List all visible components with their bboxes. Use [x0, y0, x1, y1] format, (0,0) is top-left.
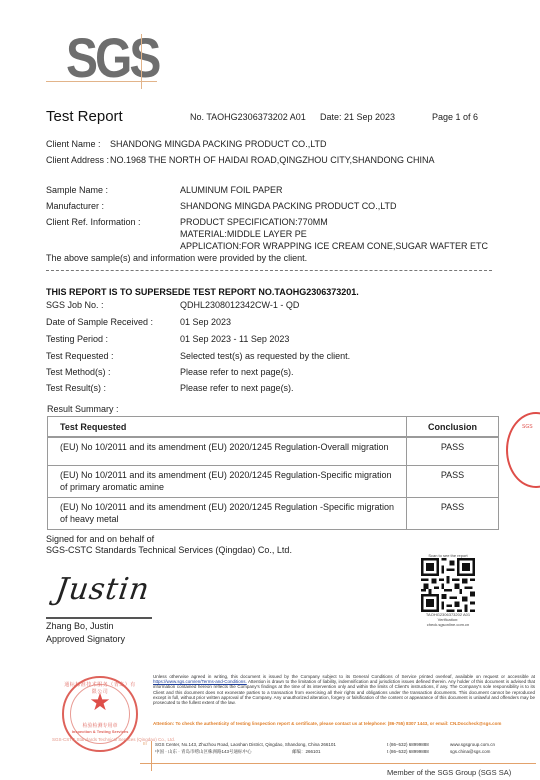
star-icon: ★	[64, 691, 136, 715]
website-link[interactable]: www.sgsgroup.com.cn	[450, 742, 495, 747]
report-date: Date: 21 Sep 2023	[320, 112, 395, 122]
member-of-sgs-group: Member of the SGS Group (SGS SA)	[387, 768, 511, 777]
client-ref-line: MATERIAL:MIDDLE LAYER PE	[180, 229, 307, 239]
detail-value: 01 Sep 2023	[180, 317, 231, 327]
client-address-label: Client Address :	[46, 155, 109, 165]
telephone-2: t (86–532) 68999888	[387, 749, 429, 754]
side-seal-text: SGS	[522, 424, 534, 431]
detail-label: Test Requested :	[46, 351, 114, 361]
result-summary-table: Test Requested Conclusion (EU) No 10/201…	[47, 416, 499, 530]
client-name-value: SHANDONG MINGDA PACKING PRODUCT CO.,LTD	[110, 139, 327, 149]
legal-disclaimer: Unless otherwise agreed in writing, this…	[153, 674, 535, 705]
logo-vertical-rule	[141, 34, 142, 89]
table-row: (EU) No 10/2011 and its amendment (EU) 2…	[48, 497, 499, 529]
report-number: No. TAOHG2306373202 A01	[190, 112, 306, 122]
footer-vertical-rule	[151, 741, 152, 771]
test-requested-cell: (EU) No 10/2011 and its amendment (EU) 2…	[48, 437, 407, 465]
signer-name: Zhang Bo, Justin	[46, 621, 114, 631]
result-summary-label: Result Summary :	[47, 404, 119, 414]
detail-label: Test Result(s) :	[46, 383, 106, 393]
signed-behalf-line2: SGS-CSTC Standards Technical Services (Q…	[46, 545, 292, 555]
detail-value: Please refer to next page(s).	[180, 383, 294, 393]
stamp-en-text: Inspection & Testing Services	[64, 729, 136, 734]
detail-label: Date of Sample Received :	[46, 317, 153, 327]
signed-behalf-line1: Signed for and on behalf of	[46, 534, 154, 544]
email-link[interactable]: sgs.china@sgs.com	[450, 749, 490, 754]
detail-value: QDHL2308012342CW-1 - QD	[180, 300, 299, 310]
table-row: (EU) No 10/2011 and its amendment (EU) 2…	[48, 437, 499, 465]
client-ref-label: Client Ref. Information :	[46, 217, 141, 227]
detail-label: Test Method(s) :	[46, 367, 111, 377]
footer-mark: III	[143, 741, 147, 746]
conclusion-cell: PASS	[407, 465, 499, 497]
handwritten-signature: Justin	[54, 572, 153, 607]
conclusion-cell: PASS	[407, 437, 499, 465]
detail-value: Please refer to next page(s).	[180, 367, 294, 377]
detail-value: 01 Sep 2023 - 11 Sep 2023	[180, 334, 289, 344]
address-en: SGS Center, No.143, Zhuzhou Road, Laosha…	[155, 742, 336, 747]
client-address-value: NO.1968 THE NORTH OF HAIDAI ROAD,QINGZHO…	[110, 155, 435, 165]
sgs-logo-text: SGS	[66, 32, 158, 87]
qr-verification-site: check.sgsonline.com.cn	[418, 622, 478, 627]
telephone-1: t (86–532) 68999888	[387, 742, 429, 747]
authenticity-attention: Attention: To check the authenticity of …	[153, 721, 535, 726]
signature-line	[46, 617, 152, 619]
detail-label: SGS Job No. :	[46, 300, 104, 310]
detail-label: Testing Period :	[46, 334, 108, 344]
client-ref-line: PRODUCT SPECIFICATION:770MM	[180, 217, 328, 227]
sample-name-value: ALUMINUM FOIL PAPER	[180, 185, 283, 195]
detail-value: Selected test(s) as requested by the cli…	[180, 351, 350, 361]
sample-name-label: Sample Name :	[46, 185, 108, 195]
column-header-conclusion: Conclusion	[407, 417, 499, 438]
qr-code-icon	[421, 558, 475, 612]
test-requested-cell: (EU) No 10/2011 and its amendment (EU) 2…	[48, 465, 407, 497]
table-row: (EU) No 10/2011 and its amendment (EU) 2…	[48, 465, 499, 497]
sgs-logo: SGS	[46, 32, 158, 90]
column-header-test: Test Requested	[48, 417, 407, 438]
table-header-row: Test Requested Conclusion	[48, 417, 499, 438]
test-requested-cell: (EU) No 10/2011 and its amendment (EU) 2…	[48, 497, 407, 529]
conclusion-cell: PASS	[407, 497, 499, 529]
section-divider	[46, 270, 492, 271]
client-name-label: Client Name :	[46, 139, 101, 149]
client-ref-line: APPLICATION:FOR WRAPPING ICE CREAM CONE,…	[180, 241, 488, 251]
signer-title: Approved Signatory	[46, 634, 125, 644]
page-title: Test Report	[46, 108, 123, 125]
postcode-cn: 邮编：266101	[292, 749, 321, 755]
supersede-note: THIS REPORT IS TO SUPERSEDE TEST REPORT …	[46, 287, 359, 297]
footer-rule	[140, 763, 536, 764]
page-indicator: Page 1 of 6	[432, 112, 478, 122]
manufacturer-value: SHANDONG MINGDA PACKING PRODUCT CO.,LTD	[180, 201, 397, 211]
manufacturer-label: Manufacturer :	[46, 201, 104, 211]
side-seal-stamp: SGS	[506, 412, 540, 488]
qr-code[interactable]	[421, 558, 475, 612]
stamp-cn-text: 检验检测专用章	[64, 722, 136, 729]
provided-note: The above sample(s) and information were…	[46, 253, 307, 263]
address-cn: 中国 · 山东 · 青岛市崂山区株洲路143号通标中心	[155, 749, 252, 755]
